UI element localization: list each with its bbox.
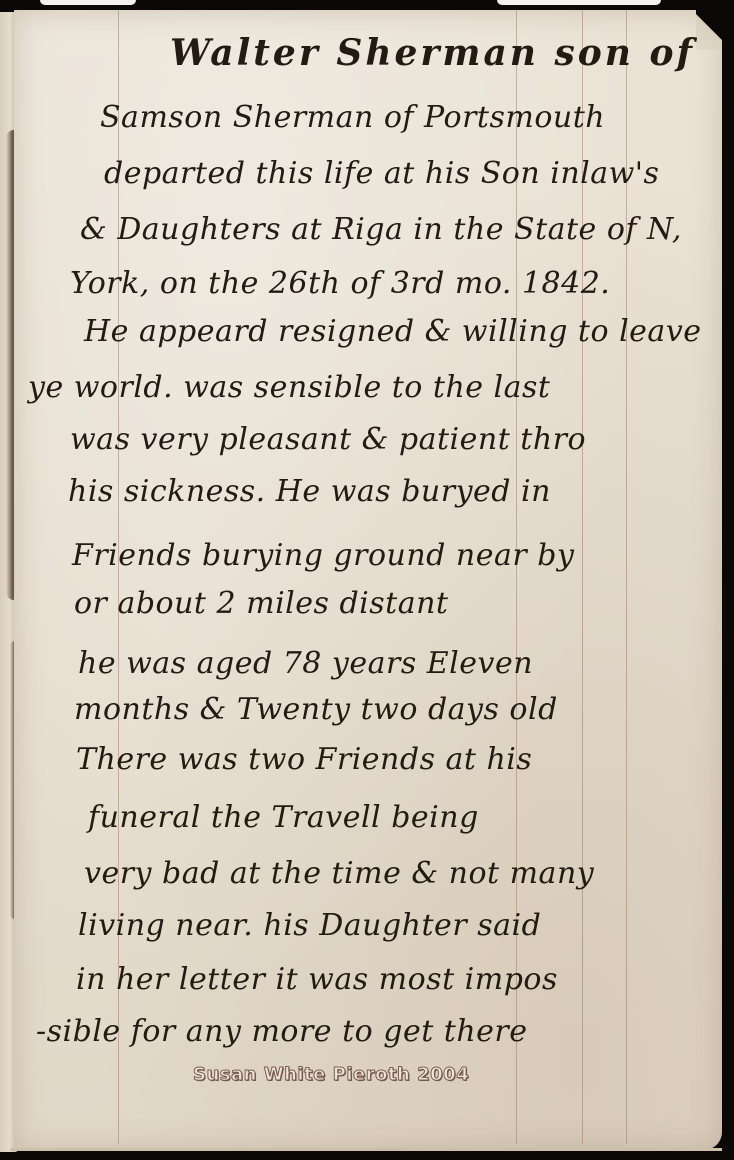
manuscript-line: was very pleasant & patient thro: [70, 422, 586, 457]
manuscript-line: Friends burying ground near by: [72, 538, 574, 573]
manuscript-line: ye world. was sensible to the last: [28, 370, 551, 405]
manuscript-line: very bad at the time & not many: [84, 856, 594, 891]
manuscript-line: living near. his Daughter said: [78, 908, 541, 943]
manuscript-line: his sickness. He was buryed in: [68, 474, 551, 509]
manuscript-line: York, on the 26th of 3rd mo. 1842.: [70, 266, 610, 301]
manuscript-line: funeral the Travell being: [88, 800, 479, 835]
page-bottom-edge: [10, 1148, 722, 1151]
page-corner-fold: [696, 10, 722, 50]
manuscript-line: -sible for any more to get there: [36, 1014, 528, 1049]
scan-tab-left: [40, 0, 136, 5]
manuscript-line-title: Walter Sherman son of: [170, 32, 695, 74]
copyright-watermark: Susan White Pieroth 2004: [193, 1064, 469, 1085]
manuscript-line: There was two Friends at his: [76, 742, 532, 777]
manuscript-page: Walter Sherman son of Samson Sherman of …: [14, 10, 722, 1150]
manuscript-line: in her letter it was most impos: [76, 962, 558, 997]
manuscript-line: months & Twenty two days old: [74, 692, 558, 727]
scan-tab-right: [497, 0, 661, 5]
manuscript-line: or about 2 miles distant: [74, 586, 448, 621]
manuscript-line: he was aged 78 years Eleven: [78, 646, 533, 681]
manuscript-line: Samson Sherman of Portsmouth: [100, 100, 605, 135]
manuscript-line: departed this life at his Son inlaw's: [104, 156, 659, 191]
manuscript-line: He appeard resigned & willing to leave: [84, 314, 702, 349]
manuscript-line: & Daughters at Riga in the State of N,: [80, 212, 682, 247]
